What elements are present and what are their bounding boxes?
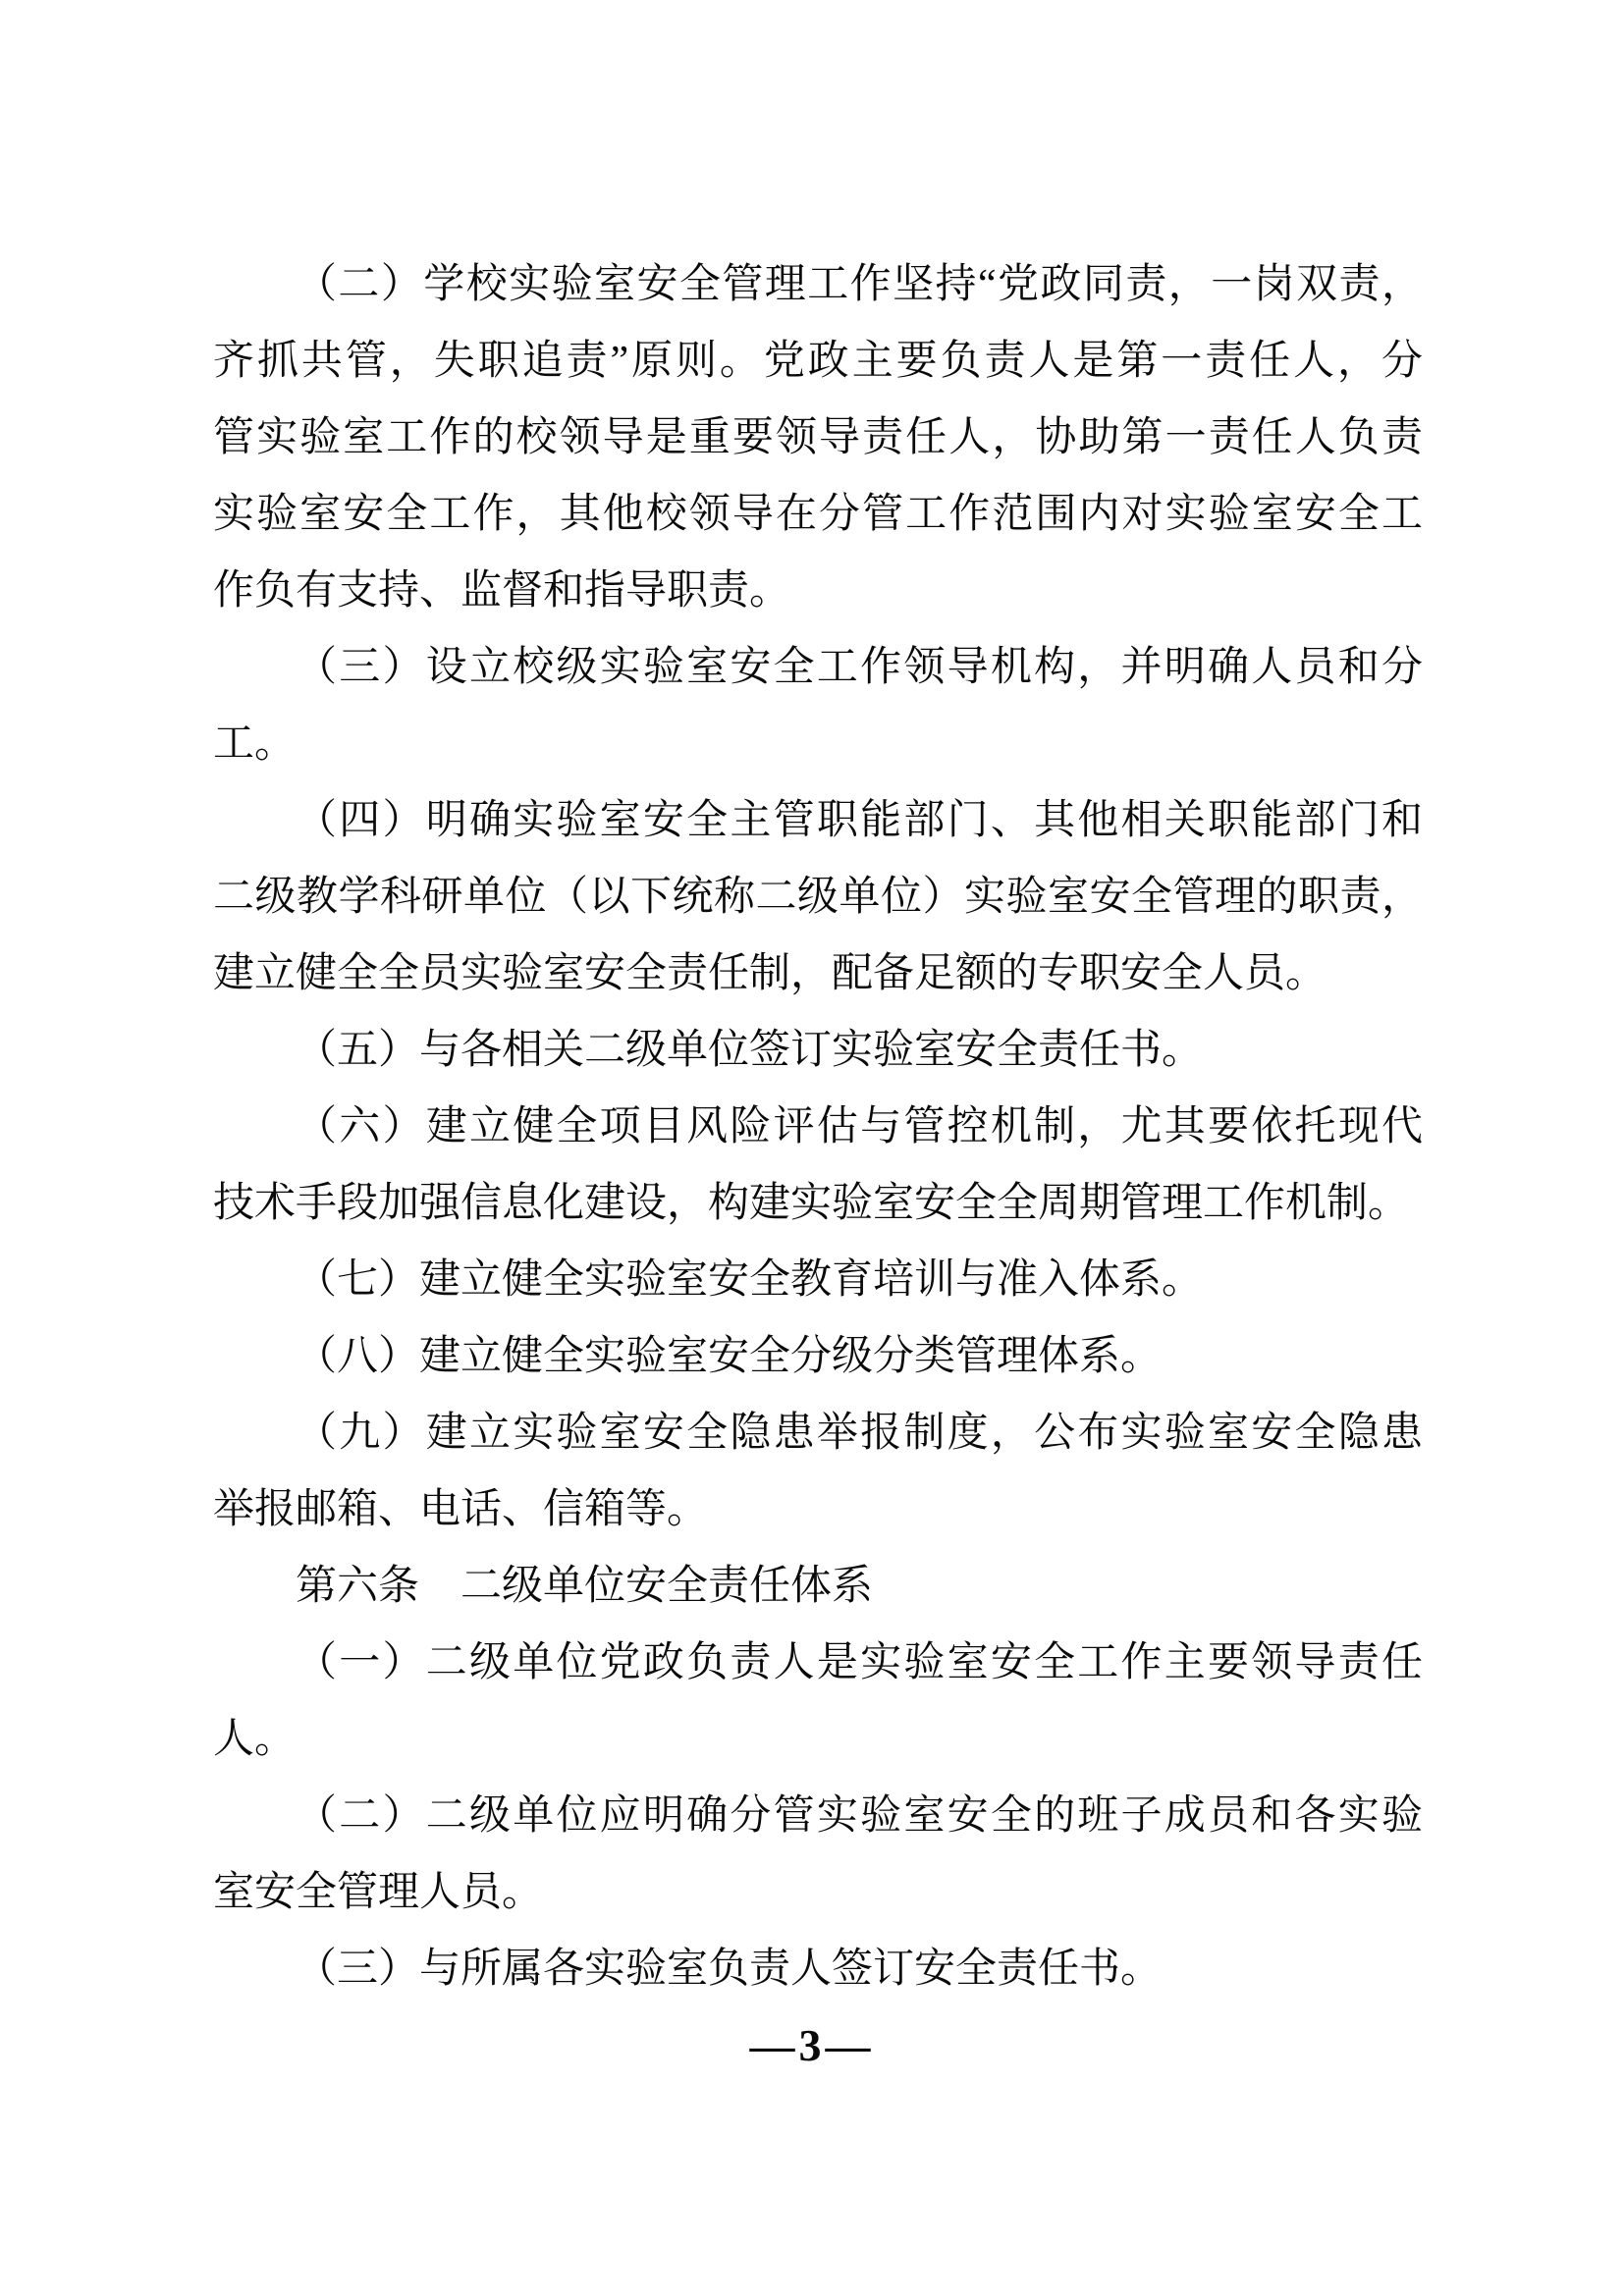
text-line: 实验室安全工作，其他校领导在分管工作范围内对实验室安全工: [213, 476, 1423, 553]
paragraph: （三）设立校级实验室安全工作领导机构，并明确人员和分工。: [213, 629, 1423, 782]
text-line: （二）二级单位应明确分管实验室安全的班子成员和各实验: [213, 1778, 1423, 1854]
section-heading-line: 第六条 二级单位安全责任体系: [213, 1548, 1423, 1625]
text-line: （六）建立健全项目风险评估与管控机制，尤其要依托现代: [213, 1089, 1423, 1165]
text-line: 举报邮箱、电话、信箱等。: [213, 1471, 1423, 1548]
section-heading: 第六条 二级单位安全责任体系: [213, 1548, 1423, 1625]
text-line: 作负有支持、监督和指导职责。: [213, 553, 1423, 629]
page-number: —3—: [0, 2018, 1624, 2073]
paragraph: （二）学校实验室安全管理工作坚持“党政同责，一岗双责，齐抓共管，失职追责”原则。…: [213, 246, 1423, 629]
text-line: 齐抓共管，失职追责”原则。党政主要负责人是第一责任人，分: [213, 323, 1423, 400]
text-line: 工。: [213, 706, 1423, 782]
text-line: （三）与所属各实验室负责人签订安全责任书。: [213, 1931, 1423, 2007]
text-line: 技术手段加强信息化建设，构建实验室安全全周期管理工作机制。: [213, 1165, 1423, 1242]
text-line: 管实验室工作的校领导是重要领导责任人，协助第一责任人负责: [213, 400, 1423, 476]
text-line: （二）学校实验室安全管理工作坚持“党政同责，一岗双责，: [213, 246, 1423, 323]
text-line: （五）与各相关二级单位签订实验室安全责任书。: [213, 1012, 1423, 1089]
paragraph: （八）建立健全实验室安全分级分类管理体系。: [213, 1318, 1423, 1395]
text-line: 建立健全全员实验室安全责任制，配备足额的专职安全人员。: [213, 935, 1423, 1012]
document-page: （二）学校实验室安全管理工作坚持“党政同责，一岗双责，齐抓共管，失职追责”原则。…: [0, 0, 1624, 2296]
paragraph: （三）与所属各实验室负责人签订安全责任书。: [213, 1931, 1423, 2007]
document-body: （二）学校实验室安全管理工作坚持“党政同责，一岗双责，齐抓共管，失职追责”原则。…: [213, 246, 1423, 2007]
paragraph: （七）建立健全实验室安全教育培训与准入体系。: [213, 1242, 1423, 1318]
text-line: （八）建立健全实验室安全分级分类管理体系。: [213, 1318, 1423, 1395]
paragraph: （五）与各相关二级单位签订实验室安全责任书。: [213, 1012, 1423, 1089]
paragraph: （九）建立实验室安全隐患举报制度，公布实验室安全隐患举报邮箱、电话、信箱等。: [213, 1395, 1423, 1548]
text-line: （七）建立健全实验室安全教育培训与准入体系。: [213, 1242, 1423, 1318]
paragraph: （二）二级单位应明确分管实验室安全的班子成员和各实验室安全管理人员。: [213, 1778, 1423, 1931]
paragraph: （一）二级单位党政负责人是实验室安全工作主要领导责任人。: [213, 1625, 1423, 1778]
text-line: （九）建立实验室安全隐患举报制度，公布实验室安全隐患: [213, 1395, 1423, 1471]
text-line: 人。: [213, 1701, 1423, 1778]
text-line: 二级教学科研单位（以下统称二级单位）实验室安全管理的职责，: [213, 859, 1423, 935]
text-line: （三）设立校级实验室安全工作领导机构，并明确人员和分: [213, 629, 1423, 706]
text-line: 室安全管理人员。: [213, 1854, 1423, 1931]
paragraph: （四）明确实验室安全主管职能部门、其他相关职能部门和二级教学科研单位（以下统称二…: [213, 782, 1423, 1012]
paragraph: （六）建立健全项目风险评估与管控机制，尤其要依托现代技术手段加强信息化建设，构建…: [213, 1089, 1423, 1242]
text-line: （四）明确实验室安全主管职能部门、其他相关职能部门和: [213, 782, 1423, 859]
text-line: （一）二级单位党政负责人是实验室安全工作主要领导责任: [213, 1625, 1423, 1701]
